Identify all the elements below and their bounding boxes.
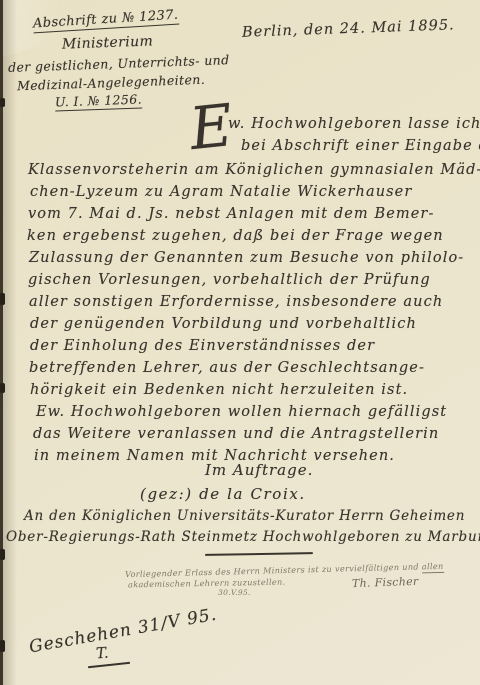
body-line: bei Abschrift einer Eingabe der [241,139,480,155]
body-line: Klassenvorsteherin am Königlichen gymnas… [28,163,480,179]
body-line: betreffenden Lehrer, aus der Geschlechts… [29,361,425,377]
ministry-name: Ministerium [62,34,154,53]
binding-mark [0,640,5,652]
address-flourish-underline [205,552,313,556]
file-number: U. I. № 1256. [55,92,143,111]
signature-de-la-croix: (gez:) de la Croix. [140,486,306,503]
pencil-annotation-date: 30.V.95. [218,589,251,597]
binding-mark [0,383,5,393]
body-line: w. Hochwohlgeboren lasse ich hier- [228,117,480,133]
clerk-initial-underline [88,662,130,668]
body-line: aller sonstigen Erfordernisse, insbesond… [29,295,443,311]
dateline: Berlin, den 24. Mai 1895. [242,18,455,41]
body-line-text: Hochwohlgeboren lasse ich hier- [251,116,480,132]
body-line: der genügenden Vorbildung und vorbehaltl… [30,317,417,333]
address-line: An den Königlichen Universitäts-Kurator … [24,509,465,524]
pencil-annotation-underlined-word: allen [422,561,444,573]
scan-left-shadow [3,0,17,685]
body-line: gischen Vorlesungen, vorbehaltlich der P… [28,273,431,289]
pencil-annotation-line: akademischen Lehrern zuzustellen. [128,578,286,590]
received-note: Geschehen 31/V 95. [28,606,219,657]
pencil-signature: Th. Fischer [352,576,419,590]
body-line: Ew. Hochwohlgeboren wollen hiernach gefä… [36,405,447,421]
body-line: vom 7. Mai d. Js. nebst Anlagen mit dem … [28,207,434,223]
body-line: hörigkeit ein Bedenken nicht herzuleiten… [30,383,408,399]
scanned-letter-page: Abschrift zu № 1237. Ministerium der gei… [0,0,480,685]
closing-formula: Im Auftrage. [205,462,313,479]
salutation-abbrev-rest: w. [228,116,246,132]
binding-mark [0,98,5,107]
address-line: Ober-Regierungs-Rath Steinmetz Hochwohlg… [6,530,480,545]
body-line: Zulassung der Genannten zum Besuche von … [29,251,464,267]
binding-mark [0,549,5,560]
clerk-initial: T. [95,645,109,662]
binding-mark [0,293,5,305]
body-line: chen-Lyzeum zu Agram Natalie Wickerhause… [30,185,412,201]
body-line: das Weitere veranlassen und die Antragst… [33,427,439,443]
ministry-department-line: Medizinal-Angelegenheiten. [17,73,205,93]
body-line: ken ergebenst zugehen, daß bei der Frage… [27,229,444,245]
body-line: der Einholung des Einverständnisses der [30,339,375,355]
